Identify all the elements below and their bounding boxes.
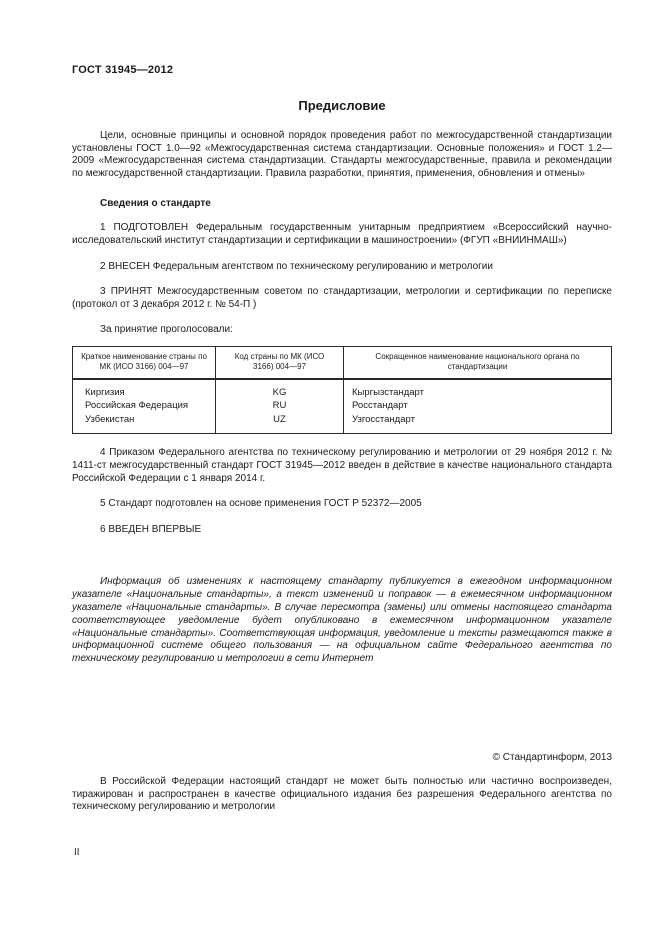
page-number: II <box>74 847 80 858</box>
clause-3-adopted: 3 ПРИНЯТ Межгосударственным советом по с… <box>72 286 612 311</box>
cell-code: UZ <box>216 413 344 434</box>
copyright-line: © Стандартинформ, 2013 <box>72 752 612 763</box>
clause-2-submitted: 2 ВНЕСЕН Федеральным агентством по техни… <box>72 261 612 274</box>
standard-preface-page: ГОСТ 31945—2012 Предисловие Цели, основн… <box>0 0 661 936</box>
cell-national-body: Кыргызстандарт <box>344 379 612 400</box>
cell-code: RU <box>216 399 344 413</box>
standard-info-heading: Сведения о стандарте <box>72 198 612 209</box>
document-number: ГОСТ 31945—2012 <box>72 64 612 76</box>
intro-paragraph: Цели, основные принципы и основной поряд… <box>72 130 612 180</box>
vote-intro-line: За принятие проголосовали: <box>72 324 612 337</box>
column-header-national-body: Сокращенное наименование национального о… <box>344 346 612 379</box>
table-row: Киргизия KG Кыргызстандарт <box>73 379 612 400</box>
clause-5-based-on: 5 Стандарт подготовлен на основе примене… <box>72 498 612 511</box>
cell-country: Киргизия <box>73 379 216 400</box>
clause-1-prepared: 1 ПОДГОТОВЛЕН Федеральным государственны… <box>72 222 612 247</box>
clause-4-enacted: 4 Приказом Федерального агентства по тех… <box>72 447 612 485</box>
reproduction-restriction-paragraph: В Российской Федерации настоящий стандар… <box>72 776 612 814</box>
table-row: Российская Федерация RU Росстандарт <box>73 399 612 413</box>
cell-national-body: Узгосстандарт <box>344 413 612 434</box>
column-header-code: Код страны по МК (ИСО 3166) 004—97 <box>216 346 344 379</box>
column-header-country: Краткое наименование страны по МК (ИСО 3… <box>73 346 216 379</box>
cell-code: KG <box>216 379 344 400</box>
page-title: Предисловие <box>72 98 612 113</box>
cell-country: Узбекистан <box>73 413 216 434</box>
table-row: Узбекистан UZ Узгосстандарт <box>73 413 612 434</box>
clause-6-first-introduced: 6 ВВЕДЕН ВПЕРВЫЕ <box>72 524 612 537</box>
voting-countries-table: Краткое наименование страны по МК (ИСО 3… <box>72 346 612 435</box>
cell-national-body: Росстандарт <box>344 399 612 413</box>
amendments-notice-paragraph: Информация об изменениях к настоящему ст… <box>72 576 612 666</box>
cell-country: Российская Федерация <box>73 399 216 413</box>
table-header-row: Краткое наименование страны по МК (ИСО 3… <box>73 346 612 379</box>
